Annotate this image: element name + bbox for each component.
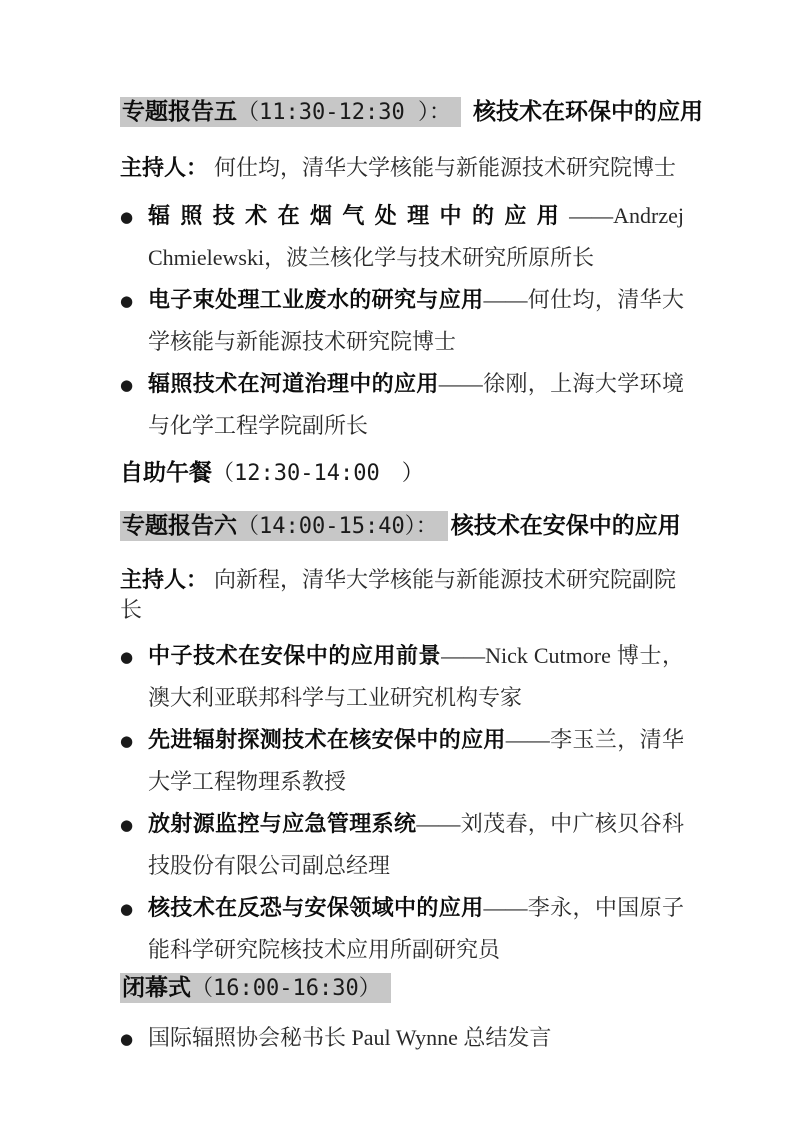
talk-item: ●辐照技术在烟气处理中的应用——Andrzej Chmielewski，波兰核化… xyxy=(120,195,684,279)
talk-title: 辐照技术在烟气处理中的应用 xyxy=(148,203,569,228)
session5-title: 专题报告五 xyxy=(122,98,237,124)
bullet-icon: ● xyxy=(120,1018,133,1060)
session6-talk-list: ●中子技术在安保中的应用前景——Nick Cutmore 博士，澳大利亚联邦科学… xyxy=(120,635,684,971)
talk-title: 电子束处理工业废水的研究与应用 xyxy=(148,287,483,312)
session6-topic: 核技术在安保中的应用 xyxy=(451,512,681,538)
session6-chair-line: 主持人：向新程，清华大学核能与新能源技术研究院副院长 xyxy=(120,565,684,625)
talk-title: 先进辐射探测技术在核安保中的应用 xyxy=(148,727,506,752)
talk-title: 中子技术在安保中的应用前景 xyxy=(148,643,441,668)
chair-label: 主持人： xyxy=(120,567,208,592)
bullet-icon: ● xyxy=(120,636,133,678)
closing-time: （16:00-16:30） xyxy=(191,976,381,1001)
closing-title: 闭幕式 xyxy=(122,974,191,1000)
closing-heading: 闭幕式（16:00-16:30） xyxy=(120,971,684,1005)
session5-time: （11:30-12:30 ）： xyxy=(237,100,451,125)
session6-heading-highlight: 专题报告六（14:00-15:40）： xyxy=(120,511,448,541)
chair-name: 何仕均，清华大学核能与新能源技术研究院博士 xyxy=(214,155,676,180)
bullet-icon: ● xyxy=(120,196,133,238)
lunch-time: （12:30-14:00 ） xyxy=(212,461,424,486)
closing-item-list: ●国际辐照协会秘书长 Paul Wynne 总结发言 xyxy=(120,1017,684,1059)
session5-talk-list: ●辐照技术在烟气处理中的应用——Andrzej Chmielewski，波兰核化… xyxy=(120,195,684,447)
session6-heading: 专题报告六（14:00-15:40）：核技术在安保中的应用 xyxy=(120,509,684,543)
bullet-icon: ● xyxy=(120,888,133,930)
agenda-content: 专题报告五（11:30-12:30 ）：核技术在环保中的应用 主持人：何仕均，清… xyxy=(120,95,684,1059)
talk-item: ●电子束处理工业废水的研究与应用——何仕均，清华大学核能与新能源技术研究院博士 xyxy=(120,279,684,363)
talk-item: ●放射源监控与应急管理系统——刘茂春，中广核贝谷科技股份有限公司副总经理 xyxy=(120,803,684,887)
lunch-title: 自助午餐 xyxy=(120,459,212,485)
talk-title: 辐照技术在河道治理中的应用 xyxy=(148,371,439,396)
closing-item: ●国际辐照协会秘书长 Paul Wynne 总结发言 xyxy=(120,1017,684,1059)
talk-item: ●辐照技术在河道治理中的应用——徐刚，上海大学环境与化学工程学院副所长 xyxy=(120,363,684,447)
lunch-line: 自助午餐（12:30-14:00 ） xyxy=(120,457,684,489)
bullet-icon: ● xyxy=(120,804,133,846)
chair-label: 主持人： xyxy=(120,155,208,180)
talk-title: 放射源监控与应急管理系统 xyxy=(148,811,416,836)
closing-item-text: 国际辐照协会秘书长 Paul Wynne 总结发言 xyxy=(148,1025,551,1050)
talk-item: ●中子技术在安保中的应用前景——Nick Cutmore 博士，澳大利亚联邦科学… xyxy=(120,635,684,719)
session6-time: （14:00-15:40）： xyxy=(237,514,438,539)
document-page: 专题报告五（11:30-12:30 ）：核技术在环保中的应用 主持人：何仕均，清… xyxy=(0,0,800,1131)
session5-chair-line: 主持人：何仕均，清华大学核能与新能源技术研究院博士 xyxy=(120,153,684,183)
bullet-icon: ● xyxy=(120,720,133,762)
bullet-icon: ● xyxy=(120,280,133,322)
session6-title: 专题报告六 xyxy=(122,512,237,538)
session5-heading: 专题报告五（11:30-12:30 ）：核技术在环保中的应用 xyxy=(120,95,684,129)
talk-title: 核技术在反恐与安保领域中的应用 xyxy=(148,895,483,920)
session5-topic: 核技术在环保中的应用 xyxy=(473,98,703,124)
bullet-icon: ● xyxy=(120,364,133,406)
talk-item: ●核技术在反恐与安保领域中的应用——李永，中国原子能科学研究院核技术应用所副研究… xyxy=(120,887,684,971)
talk-item: ●先进辐射探测技术在核安保中的应用——李玉兰，清华大学工程物理系教授 xyxy=(120,719,684,803)
session5-heading-highlight: 专题报告五（11:30-12:30 ）： xyxy=(120,97,461,127)
closing-heading-highlight: 闭幕式（16:00-16:30） xyxy=(120,973,391,1003)
